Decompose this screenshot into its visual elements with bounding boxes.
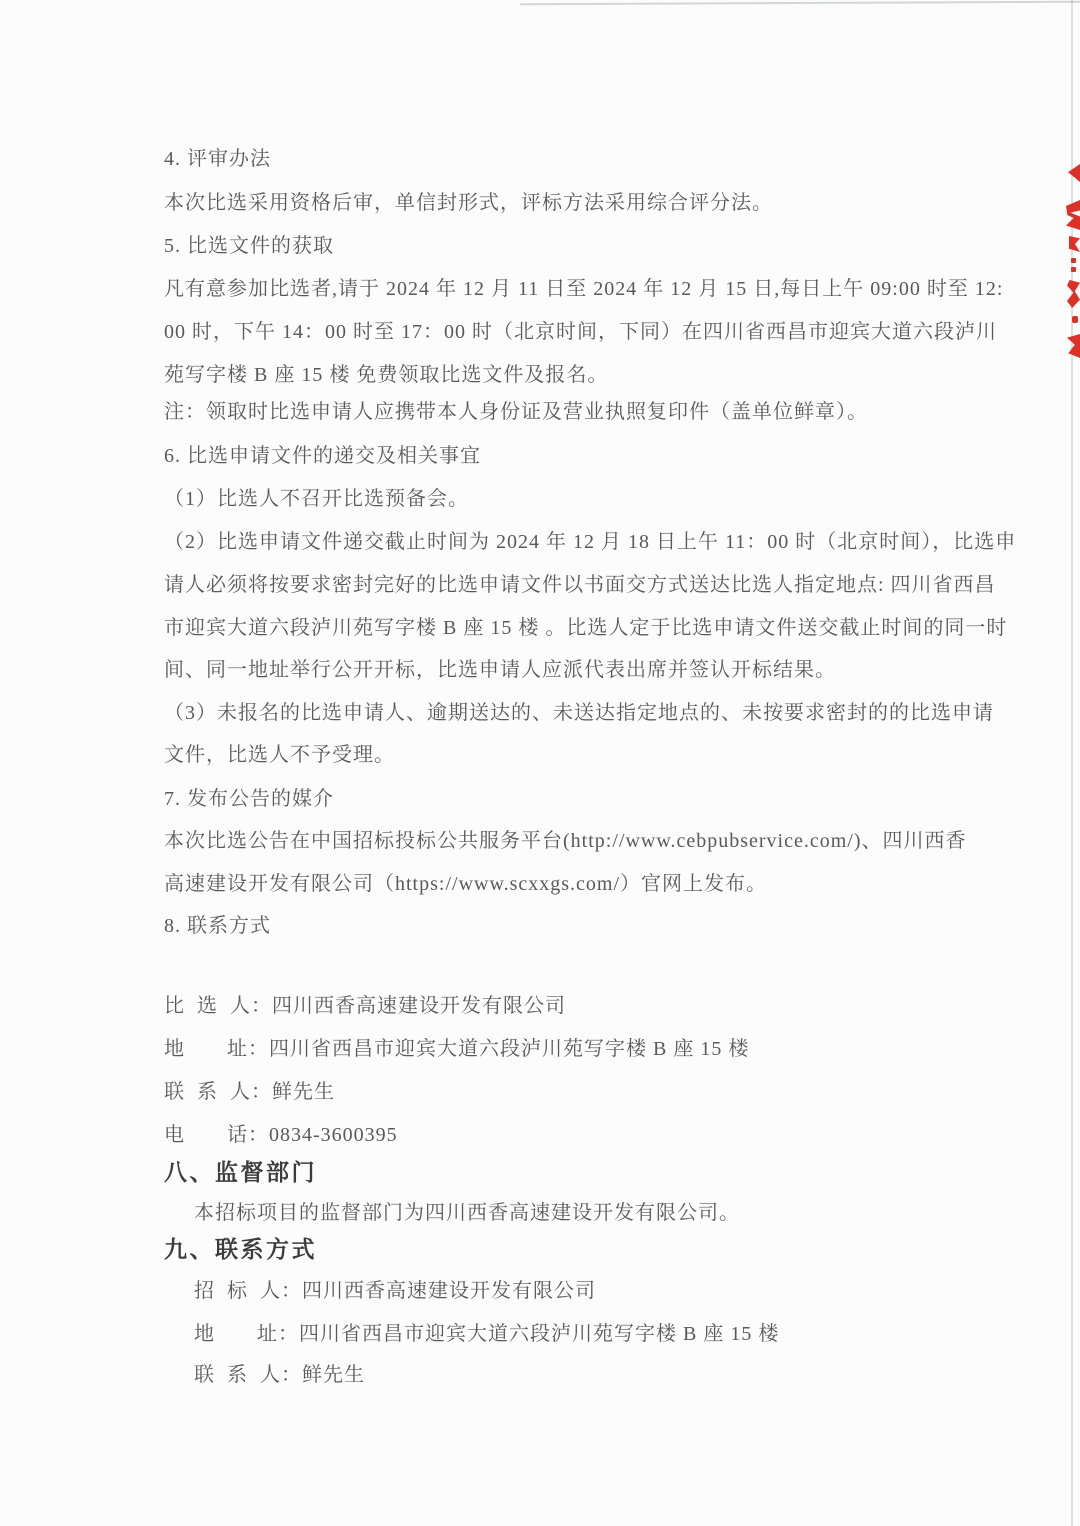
section6-item3-line-1: （3）未报名的比选申请人、逾期送达的、未送达指定地点的、未按要求密封的的比选申请	[164, 700, 994, 726]
section5-body-line-2: 00 时，下午 14：00 时至 17：00 时（北京时间，下同）在四川省西昌市…	[164, 319, 997, 345]
section6-item2-line-3: 市迎宾大道六段泸川苑写字楼 B 座 15 楼 。比选人定于比选申请文件送交截止时…	[164, 615, 1007, 641]
seal-mark-icon	[1067, 280, 1080, 308]
contact-section-heading: 九、联系方式	[164, 1236, 317, 1262]
red-seal-fragment	[1064, 162, 1080, 362]
tenderer-contact-line: 联 系 人：鲜先生	[194, 1362, 365, 1388]
document-page: 4. 评审办法 本次比选采用资格后审，单信封形式，评标方法采用综合评分法。 5.…	[0, 0, 1080, 1526]
section6-item1: （1）比选人不召开比选预备会。	[164, 486, 469, 512]
note-line: 注：领取时比选申请人应携带本人身份证及营业执照复印件（盖单位鲜章）。	[164, 399, 868, 425]
section5-body-line-1: 凡有意参加比选者,请于 2024 年 12 月 11 日至 2024 年 12 …	[164, 276, 1003, 302]
seal-mark-icon	[1068, 164, 1080, 182]
tenderer-address-line: 地 址：四川省西昌市迎宾大道六段泸川苑写字楼 B 座 15 楼	[194, 1321, 779, 1347]
selector-name-line: 比 选 人：四川西香高速建设开发有限公司	[164, 993, 566, 1019]
supervision-dept-body: 本招标项目的监督部门为四川西香高速建设开发有限公司。	[194, 1200, 740, 1226]
tenderer-name-line: 招 标 人：四川西香高速建设开发有限公司	[194, 1278, 596, 1304]
seal-mark-icon	[1069, 236, 1080, 252]
section4-title: 4. 评审办法	[164, 146, 271, 172]
section6-item2-line-2: 请人必须将按要求密封完好的比选申请文件以书面交方式送达比选人指定地点: 四川省西…	[164, 572, 996, 598]
section6-item2-line-4: 间、同一地址举行公开开标，比选申请人应派代表出席并签认开标结果。	[164, 657, 836, 683]
supervision-dept-heading: 八、监督部门	[164, 1159, 317, 1185]
section8-title: 8. 联系方式	[164, 913, 271, 939]
section6-item2-line-1: （2）比选申请文件递交截止时间为 2024 年 12 月 18 日上午 11：0…	[164, 529, 1016, 555]
seal-mark-icon	[1071, 258, 1076, 263]
section7-body-line-2: 高速建设开发有限公司（https://www.scxxgs.com/）官网上发布…	[164, 871, 767, 897]
section5-title: 5. 比选文件的获取	[164, 233, 334, 259]
seal-mark-icon	[1071, 267, 1076, 272]
seal-mark-icon	[1072, 316, 1078, 323]
section5-body-line-3: 苑写字楼 B 座 15 楼 免费领取比选文件及报名。	[164, 362, 608, 388]
scan-top-edge-artifact	[520, 1, 1080, 5]
section7-title: 7. 发布公告的媒介	[164, 786, 334, 812]
selector-phone-line: 电 话：0834-3600395	[164, 1122, 398, 1148]
selector-address-line: 地 址：四川省西昌市迎宾大道六段泸川苑写字楼 B 座 15 楼	[164, 1036, 749, 1062]
seal-mark-icon	[1066, 200, 1080, 230]
section4-body: 本次比选采用资格后审，单信封形式，评标方法采用综合评分法。	[164, 190, 773, 216]
section6-item3-line-2: 文件，比选人不予受理。	[164, 742, 395, 768]
section7-body-line-1: 本次比选公告在中国招标投标公共服务平台(http://www.cebpubser…	[164, 828, 967, 854]
seal-mark-icon	[1067, 334, 1080, 358]
section6-title: 6. 比选申请文件的递交及相关事宜	[164, 443, 481, 469]
selector-contact-line: 联 系 人：鲜先生	[164, 1079, 335, 1105]
